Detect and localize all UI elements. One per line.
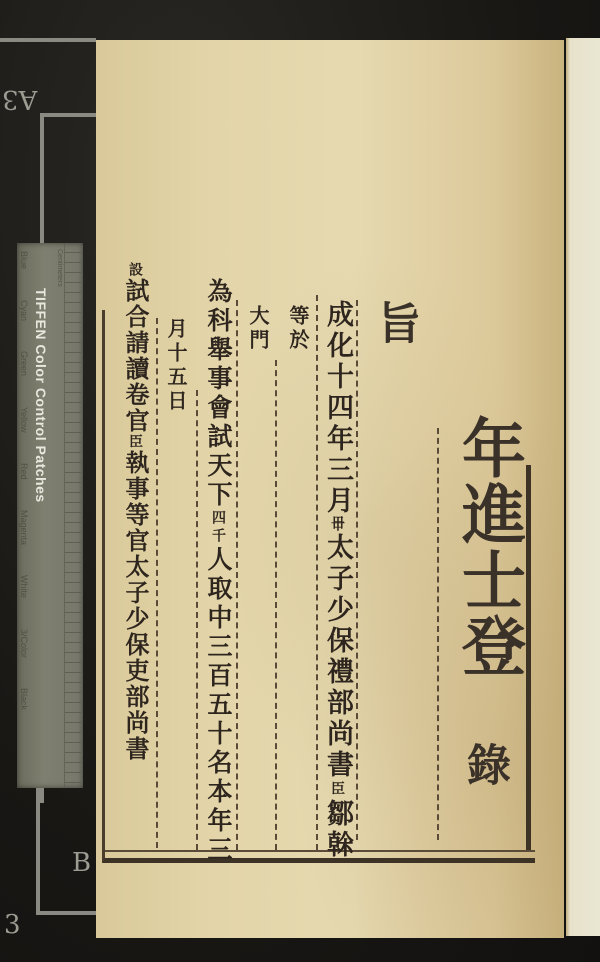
- column-rule: [196, 390, 198, 850]
- edict-heading: 旨: [362, 300, 426, 348]
- patch-white: White: [19, 575, 29, 598]
- text-column-1-main: 成化十四年三月: [322, 300, 353, 517]
- patch-blue: Blue: [19, 251, 29, 269]
- document-title-tail: 錄: [452, 742, 516, 790]
- patch-red: Red: [19, 463, 29, 480]
- ruler-label: Centimeters: [56, 249, 63, 287]
- patch-labels: Blue Cyan Green Yellow Red Magenta White…: [19, 251, 29, 738]
- patch-cyan: Cyan: [19, 300, 29, 321]
- patch-black: Black: [19, 688, 29, 710]
- text-column-4: 為科舉事會試天下四千人取中三百五十名本年三: [200, 278, 236, 865]
- frame-line-inner-bottom: [36, 911, 96, 915]
- text-column-4-main2: 人取中三百五十名本年三: [204, 546, 233, 865]
- text-column-6-small: 設: [127, 262, 143, 278]
- text-column-5: 月十五日: [162, 318, 191, 414]
- text-column-4-main: 為科舉事會試天下: [204, 278, 233, 510]
- column-rule: [156, 318, 158, 848]
- frame-line-inner-left-lower: [36, 788, 40, 915]
- tiffen-brand-label: TIFFEN Color Control Patches: [33, 288, 49, 503]
- frame-label-b: B: [72, 848, 91, 878]
- text-column-1b-small2: 臣: [329, 781, 345, 799]
- tiffen-color-control-strip: Blue Cyan Green Yellow Red Magenta White…: [17, 243, 83, 788]
- frame-label-3: 3: [4, 910, 21, 940]
- patch-magenta: Magenta: [19, 510, 29, 545]
- text-column-6-main: 試合請讀卷官: [121, 278, 150, 434]
- text-column-4-small: 四千: [210, 510, 226, 546]
- text-column-1b-main2: 鄒榦: [322, 799, 353, 861]
- text-column-3: 大門: [244, 305, 273, 353]
- text-column-6-main2: 執事等官太子少保吏部尚書: [121, 450, 150, 762]
- frame-line-inner-top: [40, 113, 96, 117]
- patch-yellow: Yellow: [19, 407, 29, 433]
- text-column-6-small2: 臣: [127, 434, 143, 450]
- column-rule: [437, 428, 439, 840]
- text-column-2: 等於: [284, 305, 313, 353]
- text-column-1: 成化十四年三月十: [318, 300, 357, 535]
- document-title: 年進士登: [442, 415, 534, 679]
- text-column-6: 設試合請讀卷官臣執事等官太子少保吏部尚書: [118, 262, 153, 762]
- text-column-1b-main: 太子少保禮部尚書: [322, 533, 353, 781]
- frame-line-top: [0, 38, 96, 42]
- column-rule: [236, 300, 238, 850]
- centimeter-ruler: [64, 243, 81, 788]
- next-page-edge: [566, 38, 600, 936]
- patch-3color: 3/Color: [19, 629, 29, 658]
- patch-green: Green: [19, 351, 29, 376]
- text-column-1b-small: 日: [329, 515, 345, 533]
- column-rule: [275, 360, 277, 850]
- frame-label-a3: A3: [2, 84, 37, 114]
- text-column-1-continued: 日太子少保禮部尚書臣鄒榦: [318, 515, 357, 861]
